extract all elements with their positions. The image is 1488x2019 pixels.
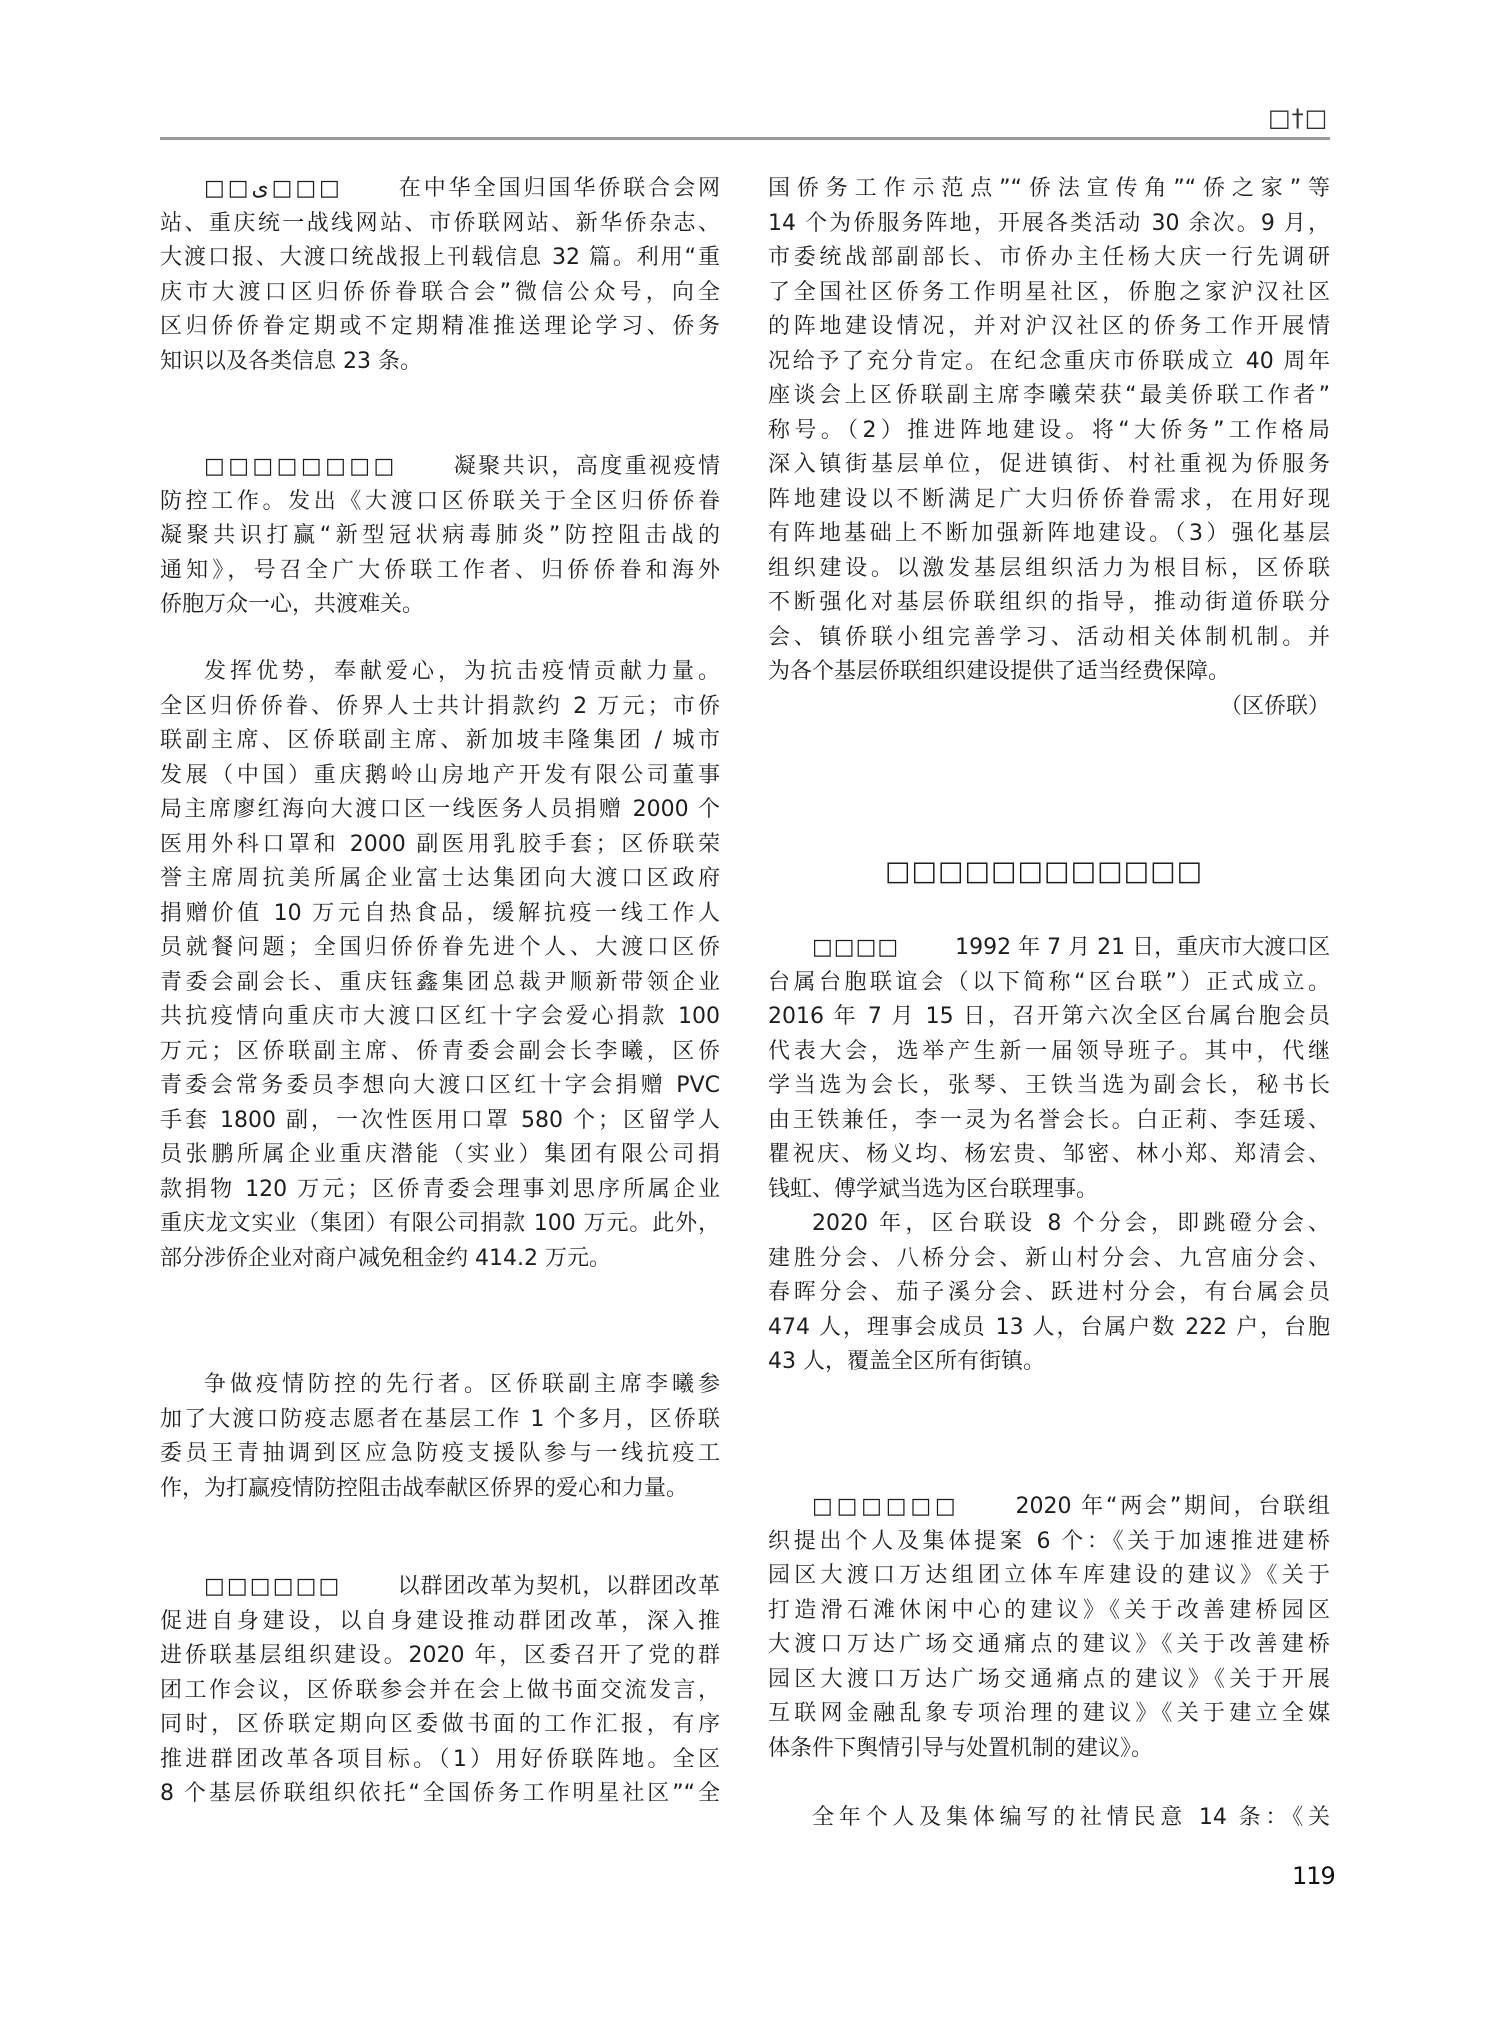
paragraph-line: 誉主席周抗美所属企业富士达集团向大渡口区政府 xyxy=(160,862,720,896)
paragraph-line: 作，为打赢疫情防控阻击战奉献区侨界的爱心和力量。 xyxy=(160,1472,720,1506)
paragraph-line: 发挥优势，奉献爱心，为抗击疫情贡献力量。 xyxy=(160,655,720,689)
sub-heading: □□ى□□□ xyxy=(204,176,343,201)
paragraph-line: 团工作会议，区侨联参会并在会上做书面交流发言， xyxy=(160,1674,720,1708)
paragraph-line: 代表大会，选举产生新一届领导班子。其中，代继 xyxy=(768,1035,1330,1069)
paragraph-line: 青委会常务委员李想向大渡口区红十字会捐赠 PVC xyxy=(160,1069,720,1103)
paragraph-line: 2020 年，区台联设 8 个分会，即跳磴分会、 xyxy=(768,1207,1330,1241)
paragraph-line: 知识以及各类信息 23 条。 xyxy=(160,345,720,379)
paragraph-line: 万元；区侨联副主席、侨青委会副会长李曦，区侨 xyxy=(160,1035,720,1069)
paragraph-line: 站、重庆统一战线网站、市侨联网站、新华侨杂志、 xyxy=(160,207,720,241)
paragraph-line: 474 人，理事会成员 13 人，台属户数 222 户，台胞 xyxy=(768,1311,1330,1345)
paragraph-line: 的阵地建设情况，并对沪汉社区的侨务工作开展情 xyxy=(768,310,1330,344)
sub-heading: □□□□□□□□ xyxy=(204,454,398,479)
paragraph-line: 钱虹、傅学斌当选为区台联理事。 xyxy=(768,1173,1330,1207)
paragraph-line: □□ى□□□在中华全国归国华侨联合会网 xyxy=(160,172,720,206)
paragraph-line: 全年个人及集体编写的社情民意 14 条：《关 xyxy=(768,1801,1330,1835)
paragraph-line: 会、镇侨联小组完善学习、活动相关体制机制。并 xyxy=(768,621,1330,655)
paragraph-line: 春晖分会、茄子溪分会、跃进村分会，有台属会员 xyxy=(768,1276,1330,1310)
paragraph-line: 捐赠价值 10 万元自热食品，缓解抗疫一线工作人 xyxy=(160,897,720,931)
paragraph-line: 市委统战部副部长、市侨办主任杨大庆一行先调研 xyxy=(768,241,1330,275)
sub-heading: □□□□ xyxy=(812,935,899,960)
paragraph-line: □□□□□□□□凝聚共识，高度重视疫情 xyxy=(160,450,720,484)
paragraph-line: 组织建设。以激发基层组织活力为根目标，区侨联 xyxy=(768,552,1330,586)
paragraph-line: 织提出个人及集体提案 6 个：《关于加速推进建桥 xyxy=(768,1525,1330,1559)
paragraph-line: 有阵地基础上不断加强新阵地建设。（3）强化基层 xyxy=(768,517,1330,551)
paragraph-line: 台属台胞联谊会（以下简称“区台联”）正式成立。 xyxy=(768,966,1330,1000)
paragraph-line: 青委会副会长、重庆钰鑫集团总裁尹顺新带领企业 xyxy=(160,966,720,1000)
running-head: □†□ xyxy=(1268,104,1328,132)
paragraph-line: 园区大渡口万达广场交通痛点的建议》《关于开展 xyxy=(768,1663,1330,1697)
section-title: □□□□□□□□□□□□ xyxy=(885,856,1203,887)
paragraph-line: 员张鹏所属企业重庆潜能（实业）集团有限公司捐 xyxy=(160,1138,720,1172)
sub-heading: □□□□□□ xyxy=(204,1574,341,1599)
paragraph-line: 联副主席、区侨联副主席、新加坡丰隆集团 / 城市 xyxy=(160,724,720,758)
paragraph-line: 8 个基层侨联组织依托“全国侨务工作明星社区”“全 xyxy=(160,1777,720,1811)
paragraph-line: 区归侨侨眷定期或不定期精准推送理论学习、侨务 xyxy=(160,310,720,344)
paragraph-line: 了全国社区侨务工作明星社区，侨胞之家沪汉社区 xyxy=(768,276,1330,310)
paragraph-line: 园区大渡口万达组团立体车库建设的建议》《关于 xyxy=(768,1559,1330,1593)
paragraph-line: 款捐物 120 万元；区侨青委会理事刘思序所属企业 xyxy=(160,1173,720,1207)
paragraph-line: 阵地建设以不断满足广大归侨侨眷需求，在用好现 xyxy=(768,483,1330,517)
paragraph-line: □□□□1992 年 7 月 21 日，重庆市大渡口区 xyxy=(768,931,1330,965)
paragraph-line: 促进自身建设，以自身建设推动群团改革，深入推 xyxy=(160,1605,720,1639)
paragraph-line: 打造滑石滩休闲中心的建议》《关于改善建桥园区 xyxy=(768,1594,1330,1628)
paragraph-line: 大渡口报、大渡口统战报上刊载信息 32 篇。利用“重 xyxy=(160,241,720,275)
paragraph-line: 14 个为侨服务阵地，开展各类活动 30 余次。9 月， xyxy=(768,207,1330,241)
header-rule xyxy=(160,137,1330,140)
paragraph-line: 座谈会上区侨联副主席李曦荣获“最美侨联工作者” xyxy=(768,379,1330,413)
paragraph-line: 深入镇街基层单位，促进镇街、村社重视为侨服务 xyxy=(768,448,1330,482)
paragraph-line: 侨胞万众一心，共渡难关。 xyxy=(160,588,720,622)
paragraph-line: 委员王青抽调到区应急防疫支援队参与一线抗疫工 xyxy=(160,1437,720,1471)
paragraph-line: 称号。（2）推进阵地建设。将“大侨务”工作格局 xyxy=(768,414,1330,448)
paragraph-line: 43 人，覆盖全区所有街镇。 xyxy=(768,1345,1330,1379)
paragraph-line: 学当选为会长，张琴、王铁当选为副会长，秘书长 xyxy=(768,1069,1330,1103)
paragraph-line: 全区归侨侨眷、侨界人士共计捐款约 2 万元；市侨 xyxy=(160,690,720,724)
paragraph-line: 医用外科口罩和 2000 副医用乳胶手套；区侨联荣 xyxy=(160,828,720,862)
paragraph-line: 重庆龙文实业（集团）有限公司捐款 100 万元。此外， xyxy=(160,1207,720,1241)
paragraph-line: 不断强化对基层侨联组织的指导，推动街道侨联分 xyxy=(768,586,1330,620)
paragraph-line: 瞿祝庆、杨义均、杨宏贵、邹密、林小郑、郑清会、 xyxy=(768,1138,1330,1172)
paragraph-line: 由王铁兼任，李一灵为名誉会长。白正莉、李廷瑗、 xyxy=(768,1104,1330,1138)
paragraph-line: 同时，区侨联定期向区委做书面的工作汇报，有序 xyxy=(160,1708,720,1742)
paragraph-line: 庆市大渡口区归侨侨眷联合会”微信公众号，向全 xyxy=(160,276,720,310)
paragraph-line: 部分涉侨企业对商户减免租金约 414.2 万元。 xyxy=(160,1242,720,1276)
paragraph-line: 防控工作。发出《大渡口区侨联关于全区归侨侨眷 xyxy=(160,485,720,519)
paragraph-line: 争做疫情防控的先行者。区侨联副主席李曦参 xyxy=(160,1368,720,1402)
paragraph-line: 手套 1800 副，一次性医用口罩 580 个；区留学人 xyxy=(160,1104,720,1138)
paragraph-line: 发展（中国）重庆鹅岭山房地产开发有限公司董事 xyxy=(160,759,720,793)
paragraph-line: 推进群团改革各项目标。（1）用好侨联阵地。全区 xyxy=(160,1743,720,1777)
paragraph-line: 为各个基层侨联组织建设提供了适当经费保障。 xyxy=(768,655,1330,689)
paragraph-line: 互联网金融乱象专项治理的建议》《关于建立全媒 xyxy=(768,1697,1330,1731)
paragraph-line: 局主席廖红海向大渡口区一线医务人员捐赠 2000 个 xyxy=(160,793,720,827)
paragraph-line: 大渡口万达广场交通痛点的建议》《关于改善建桥 xyxy=(768,1628,1330,1662)
paragraph-line: 况给予了充分肯定。在纪念重庆市侨联成立 40 周年 xyxy=(768,345,1330,379)
paragraph-line: 2016 年 7 月 15 日，召开第六次全区台属台胞会员 xyxy=(768,1000,1330,1034)
sub-heading: □□□□□□ xyxy=(812,1494,959,1519)
attribution: （区侨联） xyxy=(768,690,1330,724)
paragraph-line: 通知》，号召全广大侨联工作者、归侨侨眷和海外 xyxy=(160,554,720,588)
paragraph-line: □□□□□□2020 年“两会”期间，台联组 xyxy=(768,1490,1330,1524)
paragraph-line: 共抗疫情向重庆市大渡口区红十字会爱心捐款 100 xyxy=(160,1000,720,1034)
page-number: 119 xyxy=(1292,1862,1335,1890)
paragraph-line: 进侨联基层组织建设。2020 年，区委召开了党的群 xyxy=(160,1639,720,1673)
paragraph-line: 加了大渡口防疫志愿者在基层工作 1 个多月，区侨联 xyxy=(160,1403,720,1437)
paragraph-line: □□□□□□以群团改革为契机，以群团改革 xyxy=(160,1570,720,1604)
paragraph-line: 国侨务工作示范点”“侨法宣传角”“侨之家”等 xyxy=(768,172,1330,206)
paragraph-line: 建胜分会、八桥分会、新山村分会、九宫庙分会、 xyxy=(768,1242,1330,1276)
paragraph-line: 凝聚共识打赢“新型冠状病毒肺炎”防控阻击战的 xyxy=(160,519,720,553)
paragraph-line: 员就餐问题；全国归侨侨眷先进个人、大渡口区侨 xyxy=(160,931,720,965)
paragraph-line: 体条件下舆情引导与处置机制的建议》。 xyxy=(768,1732,1330,1766)
